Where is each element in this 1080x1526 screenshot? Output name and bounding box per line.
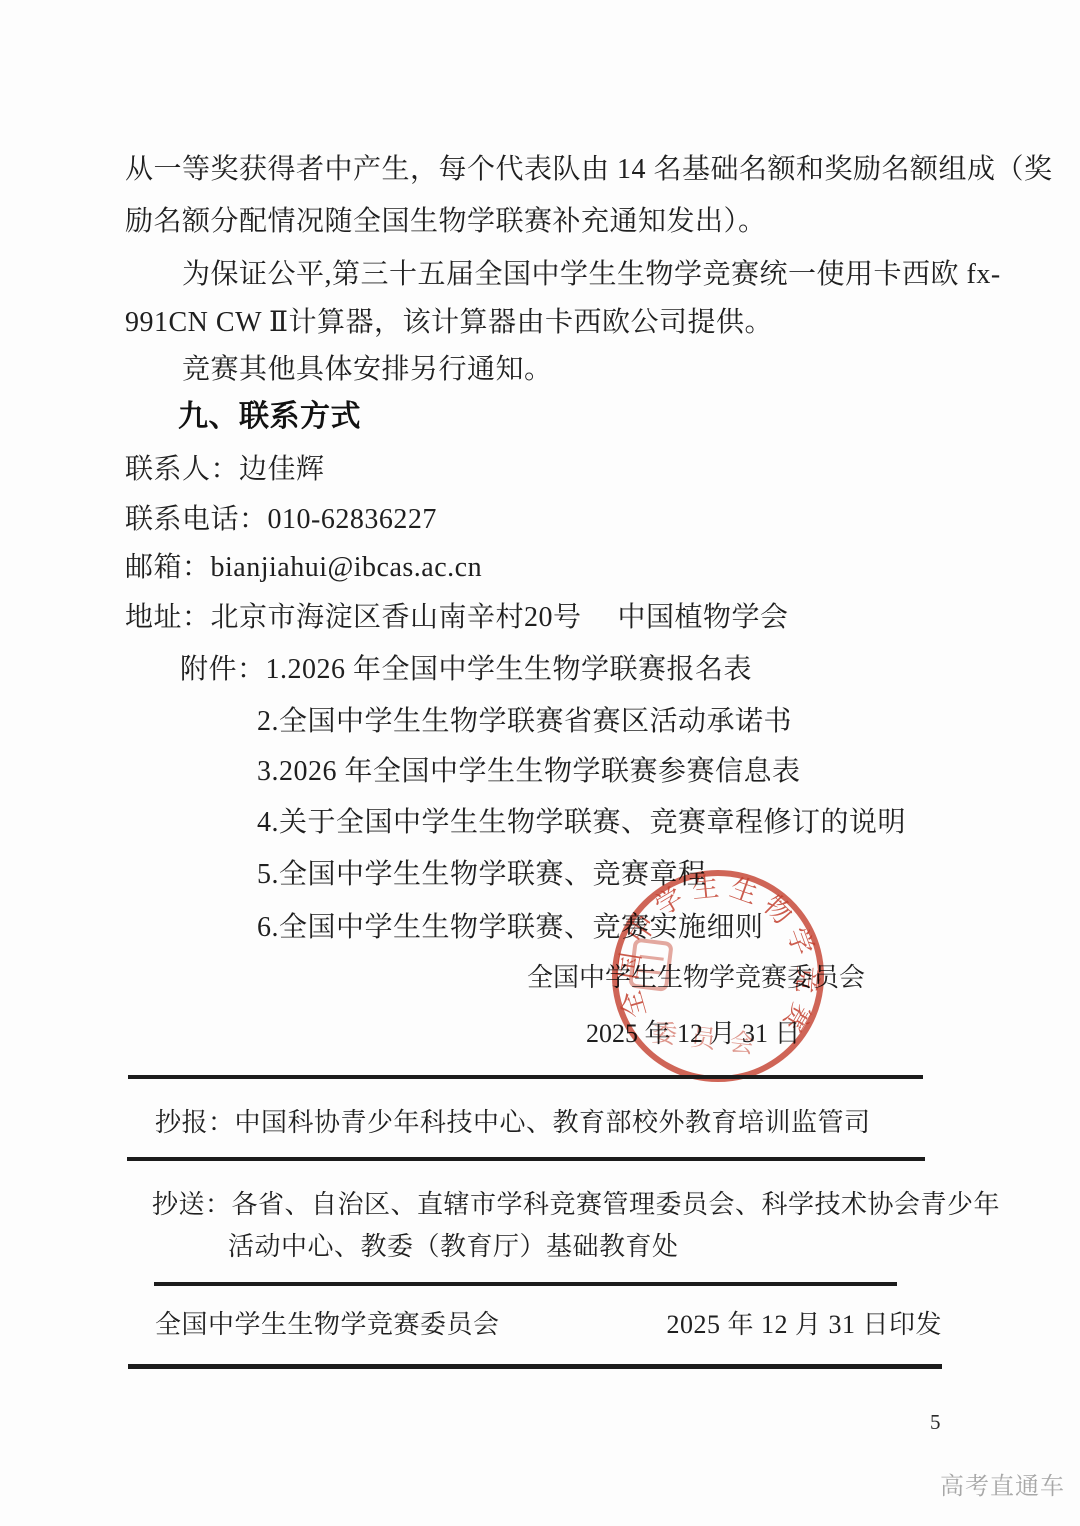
contact-email: 邮箱：bianjiahui@ibcas.ac.cn — [125, 547, 482, 589]
official-seal-stamp: 全国中学生生物学竞赛 委员会 — [589, 847, 848, 1106]
paragraph-text: 从一等奖获得者中产生，每个代表队由 14 名基础名额和奖励名额组成（奖 — [125, 149, 1053, 191]
issuer-name: 全国中学生生物学竞赛委员会 — [155, 1305, 500, 1345]
issue-date: 2025 年 12 月 31 日印发 — [666, 1305, 942, 1345]
attachment-item: 2.全国中学生生物学联赛省赛区活动承诺书 — [257, 701, 792, 743]
stamp-center-text: 委员会 — [650, 1018, 770, 1060]
svg-text:全国中学生生物学竞赛: 全国中学生生物学竞赛 — [607, 859, 834, 1045]
section-heading: 九、联系方式 — [178, 396, 361, 438]
contact-person: 联系人：边佳辉 — [125, 449, 325, 491]
copy-send-line-1: 抄送：各省、自治区、直辖市学科竞赛管理委员会、科学技术协会青少年 — [152, 1185, 1000, 1225]
separator-line-3 — [154, 1282, 897, 1286]
contact-address: 地址：北京市海淀区香山南辛村20号 中国植物学会 — [125, 597, 789, 639]
attachments-intro: 附件：1.2026 年全国中学生生物学联赛报名表 — [180, 649, 752, 691]
watermark-text: 高考直通车 — [940, 1466, 1065, 1501]
copy-report-line: 抄报：中国科协青少年科技中心、教育部校外教育培训监管司 — [155, 1103, 871, 1143]
separator-line-4 — [128, 1364, 942, 1369]
paragraph-text: 991CN CW Ⅱ计算器，该计算器由卡西欧公司提供。 — [125, 302, 773, 344]
paragraph-text: 励名额分配情况随全国生物学联赛补充通知发出）。 — [125, 201, 767, 243]
separator-line-1 — [128, 1075, 923, 1079]
page-number: 5 — [930, 1410, 941, 1435]
contact-phone: 联系电话：010-62836227 — [125, 499, 437, 541]
document-page: 从一等奖获得者中产生，每个代表队由 14 名基础名额和奖励名额组成（奖 励名额分… — [0, 0, 1080, 1526]
paragraph-text: 为保证公平,第三十五届全国中学生生物学竞赛统一使用卡西欧 fx- — [182, 254, 1001, 296]
attachment-item: 3.2026 年全国中学生生物学联赛参赛信息表 — [257, 751, 801, 793]
attachment-item: 4.关于全国中学生生物学联赛、竞赛章程修订的说明 — [257, 802, 906, 844]
separator-line-2 — [127, 1157, 925, 1161]
paragraph-text: 竞赛其他具体安排另行通知。 — [182, 349, 553, 391]
stamp-ring-text: 全国中学生生物学竞赛 — [607, 859, 834, 1045]
copy-send-line-2: 活动中心、教委（教育厅）基础教育处 — [228, 1227, 679, 1267]
